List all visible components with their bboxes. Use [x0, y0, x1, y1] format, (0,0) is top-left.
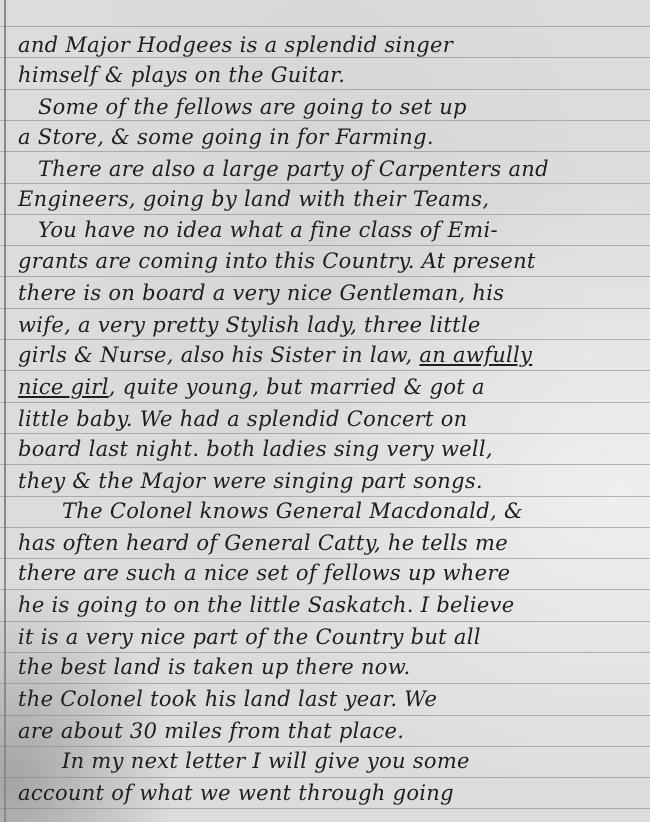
handwritten-line: there is on board a very nice Gentleman,… [18, 278, 650, 308]
handwritten-line: wife, a very pretty Stylish lady, three … [18, 310, 650, 340]
handwritten-line: little baby. We had a splendid Concert o… [18, 404, 650, 434]
handwritten-line: account of what we went through going [18, 778, 650, 808]
handwritten-line: Engineers, going by land with their Team… [18, 184, 650, 214]
margin-rule [4, 0, 6, 822]
handwritten-line: girls & Nurse, also his Sister in law, a… [18, 340, 650, 370]
letter-page: and Major Hodgees is a splendid singerhi… [0, 0, 650, 822]
handwritten-line: In my next letter I will give you some [62, 746, 650, 776]
handwritten-line: they & the Major were singing part songs… [18, 466, 650, 496]
handwritten-line: There are also a large party of Carpente… [38, 154, 650, 184]
handwritten-line: there are such a nice set of fellows up … [18, 558, 650, 588]
handwritten-line: himself & plays on the Guitar. [18, 60, 650, 90]
handwritten-line: board last night. both ladies sing very … [18, 434, 650, 464]
handwritten-line: grants are coming into this Country. At … [18, 246, 650, 276]
underlined-phrase: nice girl [18, 375, 109, 399]
handwritten-line: Some of the fellows are going to set up [38, 92, 650, 122]
handwritten-line: a Store, & some going in for Farming. [18, 122, 650, 152]
underlined-phrase: an awfully [419, 343, 532, 367]
ruled-line [0, 26, 650, 27]
ruled-line [0, 276, 650, 277]
handwritten-line: the Colonel took his land last year. We [18, 684, 650, 714]
handwritten-line: he is going to on the little Saskatch. I… [18, 590, 650, 620]
handwritten-line: The Colonel knows General Macdonald, & [62, 496, 650, 526]
handwritten-line: has often heard of General Catty, he tel… [18, 528, 650, 558]
handwritten-line: it is a very nice part of the Country bu… [18, 622, 650, 652]
ruled-line [0, 308, 650, 309]
ruled-line [0, 370, 650, 371]
ruled-line [0, 464, 650, 465]
handwritten-line: are about 30 miles from that place. [18, 716, 650, 746]
handwritten-line: and Major Hodgees is a splendid singer [18, 30, 650, 60]
handwritten-line: nice girl, quite young, but married & go… [18, 372, 650, 402]
handwritten-line: the best land is taken up there now. [18, 652, 650, 682]
handwritten-line: You have no idea what a fine class of Em… [38, 215, 650, 245]
ruled-line [0, 808, 650, 809]
ruled-line [0, 402, 650, 403]
